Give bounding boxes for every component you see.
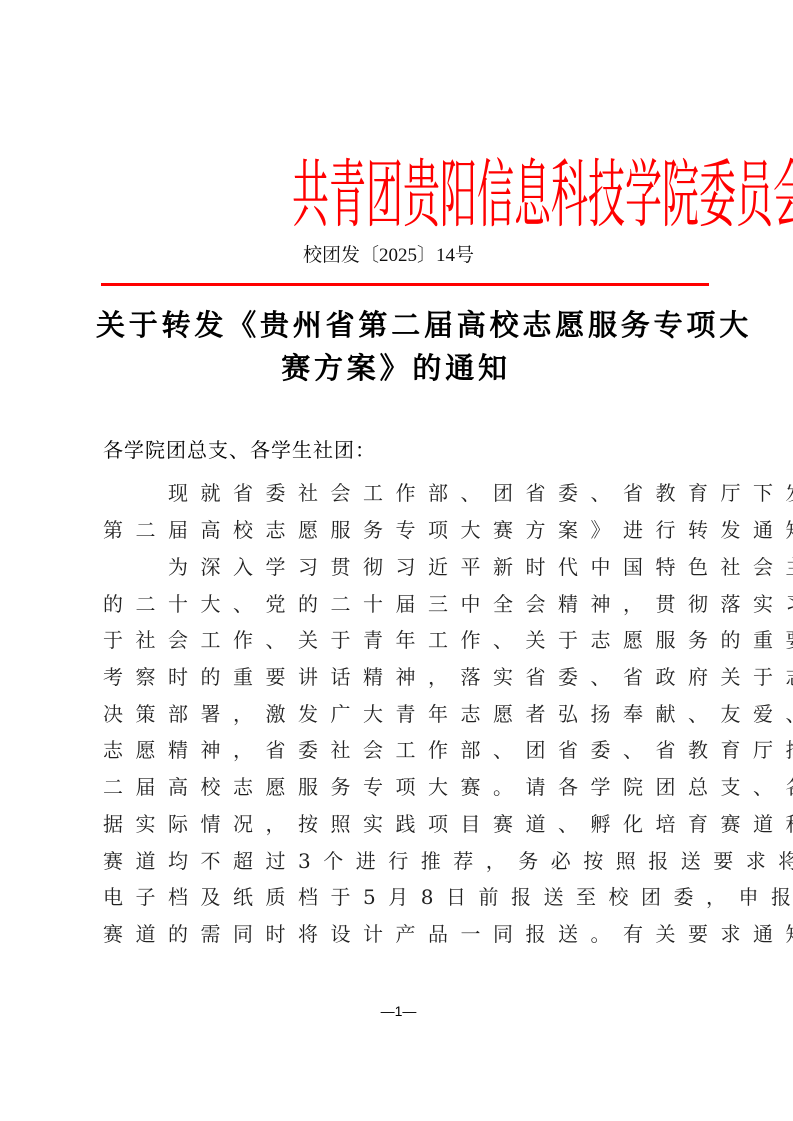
paragraph-line: 的二十大、党的二十届三中全会精神，贯彻落实习近平总书记关: [103, 586, 703, 623]
document-page: 共青团贵阳信息科技学院委员会文件 校团发〔2025〕14号 关于转发《贵州省第二…: [0, 0, 793, 1121]
paragraph-2: 为深入学习贯彻习近平新时代中国特色社会主义思想和党 的二十大、党的二十届三中全会…: [103, 549, 703, 953]
paragraph-line: 二届高校志愿服务专项大赛。请各学院团总支、各学生社团根: [103, 769, 703, 806]
paragraph-line: 为深入学习贯彻习近平新时代中国特色社会主义思想和党: [103, 549, 703, 586]
paragraph-line: 第二届高校志愿服务专项大赛方案》进行转发通知。: [103, 512, 703, 549]
salutation: 各学院团总支、各学生社团：: [103, 435, 376, 465]
heading-line: 赛方案》的通知: [96, 347, 696, 390]
issuer-title: 共青团贵阳信息科技学院委员会文件: [292, 150, 793, 240]
paragraph-line: 现就省委社会工作部、团省委、省教育厅下发的《贵州省: [103, 475, 703, 512]
red-separator-rule: [101, 283, 709, 286]
paragraph-line: 赛道的需同时将设计产品一同报送。有关要求通知详见附件。: [103, 916, 703, 953]
paragraph-line: 考察时的重要讲话精神，落实省委、省政府关于志愿服务工作的: [103, 659, 703, 696]
paragraph-1: 现就省委社会工作部、团省委、省教育厅下发的《贵州省 第二届高校志愿服务专项大赛方…: [103, 475, 703, 548]
paragraph-line: 于社会工作、关于青年工作、关于志愿服务的重要论述和在贵州: [103, 622, 703, 659]
paragraph-line: 志愿精神，省委社会工作部、团省委、省教育厅拟举办贵州省第: [103, 732, 703, 769]
paragraph-line: 赛道均不超过3个进行推荐，务必按照报送要求将附件1、附件3: [103, 843, 703, 880]
paragraph-line: 决策部署，激发广大青年志愿者弘扬奉献、友爱、互助、进步的: [103, 696, 703, 733]
issuer-title-header: 共青团贵阳信息科技学院委员会文件: [0, 150, 793, 240]
page-number: —1—: [2, 1000, 793, 1022]
document-number: 校团发〔2025〕14号: [0, 243, 785, 269]
heading-line: 关于转发《贵州省第二届高校志愿服务专项大: [96, 304, 696, 347]
paragraph-line: 电子档及纸质档于5月8日前报送至校团委，申报文化产品设计: [103, 879, 703, 916]
document-heading: 关于转发《贵州省第二届高校志愿服务专项大 赛方案》的通知: [96, 304, 696, 390]
paragraph-line: 据实际情况，按照实践项目赛道、孵化培育赛道和文化产品设计: [103, 806, 703, 843]
